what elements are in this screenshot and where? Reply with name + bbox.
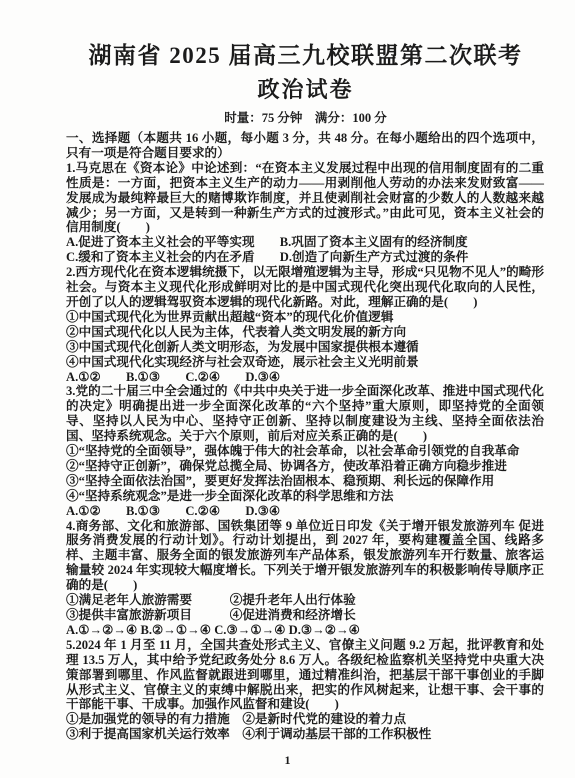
question-2-option-row: A.①② B.①③ C.②④ D.③④ bbox=[66, 370, 544, 385]
paper-title: 湖南省 2025 届高三九校联盟第二次联考 bbox=[66, 0, 545, 72]
question-1-option-row-cd: C.缓和了资本主义社会的内在矛盾 D.创造了向新生产方式过渡的条件 bbox=[66, 250, 544, 265]
question-3-option-row: A.①② B.①③ C.②④ D.③④ bbox=[66, 504, 544, 519]
question-2-statement-1: ①中国式现代化为世界贡献出超越“资本”的现代化价值逻辑 bbox=[66, 310, 544, 325]
question-4-statement-row-2: ③提供丰富旅游新项目 ④促进消费和经济增长 bbox=[66, 608, 544, 623]
paper-header: 湖南省 2025 届高三九校联盟第二次联考 政治试卷 时量：75 分钟 满分：1… bbox=[66, 0, 545, 126]
question-4-statement-row-1: ①满足老年人旅游需要 ②提升老年人出行体验 bbox=[66, 593, 544, 608]
exam-meta-line: 时量：75 分钟 满分：100 分 bbox=[66, 110, 545, 126]
question-5: 5.2024 年 1 月至 11 月，全国共查处形式主义、官僚主义问题 9.2 … bbox=[66, 638, 544, 742]
question-3-statement-2: ②“坚持守正创新”，确保党总揽全局、协调各方，使改革沿着正确方向稳步推进 bbox=[66, 459, 544, 474]
question-3-statement-1: ①“坚持党的全面领导”，强体魄于伟大的社会革命，以社会革命引领党的自我革命 bbox=[66, 444, 544, 459]
question-3: 3.党的二十届三中全会通过的《中共中央关于进一步全面深化改革、推进中国式现代化的… bbox=[66, 384, 544, 518]
question-4-option-row: A.①→②→④ B.②→①→④ C.③→①→④ D.③→②→④ bbox=[66, 623, 544, 638]
question-3-statement-4: ④“坚持系统观念”是进一步全面深化改革的科学思维和方法 bbox=[66, 489, 544, 504]
exam-paper-page: 湖南省 2025 届高三九校联盟第二次联考 政治试卷 时量：75 分钟 满分：1… bbox=[0, 0, 575, 778]
question-2: 2.西方现代化在资本逻辑统摄下，以无限增殖逻辑为主导，形成“只见物不见人”的畸形… bbox=[66, 265, 544, 384]
paper-subtitle: 政治试卷 bbox=[66, 76, 545, 104]
paper-body: 一、选择题（本题共 16 小题，每小题 3 分，共 48 分。在每小题给出的四个… bbox=[66, 131, 544, 742]
question-4-stem: 4.商务部、文化和旅游部、国铁集团等 9 单位近日印发《关于增开银发旅游列车 促… bbox=[66, 519, 544, 594]
section-instructions: 一、选择题（本题共 16 小题，每小题 3 分，共 48 分。在每小题给出的四个… bbox=[66, 131, 544, 161]
question-2-stem: 2.西方现代化在资本逻辑统摄下，以无限增殖逻辑为主导，形成“只见物不见人”的畸形… bbox=[66, 265, 544, 310]
question-2-statement-4: ④中国式现代化实现经济与社会双奇迹，展示社会主义光明前景 bbox=[66, 355, 544, 370]
question-4: 4.商务部、文化和旅游部、国铁集团等 9 单位近日印发《关于增开银发旅游列车 促… bbox=[66, 519, 544, 638]
question-5-stem: 5.2024 年 1 月至 11 月，全国共查处形式主义、官僚主义问题 9.2 … bbox=[66, 638, 544, 713]
question-1-stem: 1.马克思在《资本论》中论述到：“在资本主义发展过程中出现的信用制度固有的二重性… bbox=[66, 161, 544, 236]
question-1-option-row-ab: A.促进了资本主义社会的平等实现 B.巩固了资本主义固有的经济制度 bbox=[66, 235, 544, 250]
question-5-statement-row-2: ③利于提高国家机关运行效率 ④利于调动基层干部的工作积极性 bbox=[66, 727, 544, 742]
question-3-statement-3: ③“坚持全面依法治国”，要更好发挥法治固根本、稳预期、利长远的保障作用 bbox=[66, 474, 544, 489]
question-1: 1.马克思在《资本论》中论述到：“在资本主义发展过程中出现的信用制度固有的二重性… bbox=[66, 161, 544, 265]
question-5-statement-row-1: ①是加强党的领导的有力措施 ②是新时代党的建设的着力点 bbox=[66, 712, 544, 727]
question-2-statement-2: ②中国式现代化以人民为主体，代表着人类文明发展的新方向 bbox=[66, 325, 544, 340]
page-number: 1 bbox=[0, 753, 575, 768]
question-2-statement-3: ③中国式现代化创新人类文明形态，为发展中国家提供根本遵循 bbox=[66, 340, 544, 355]
question-3-stem: 3.党的二十届三中全会通过的《中共中央关于进一步全面深化改革、推进中国式现代化的… bbox=[66, 384, 544, 444]
